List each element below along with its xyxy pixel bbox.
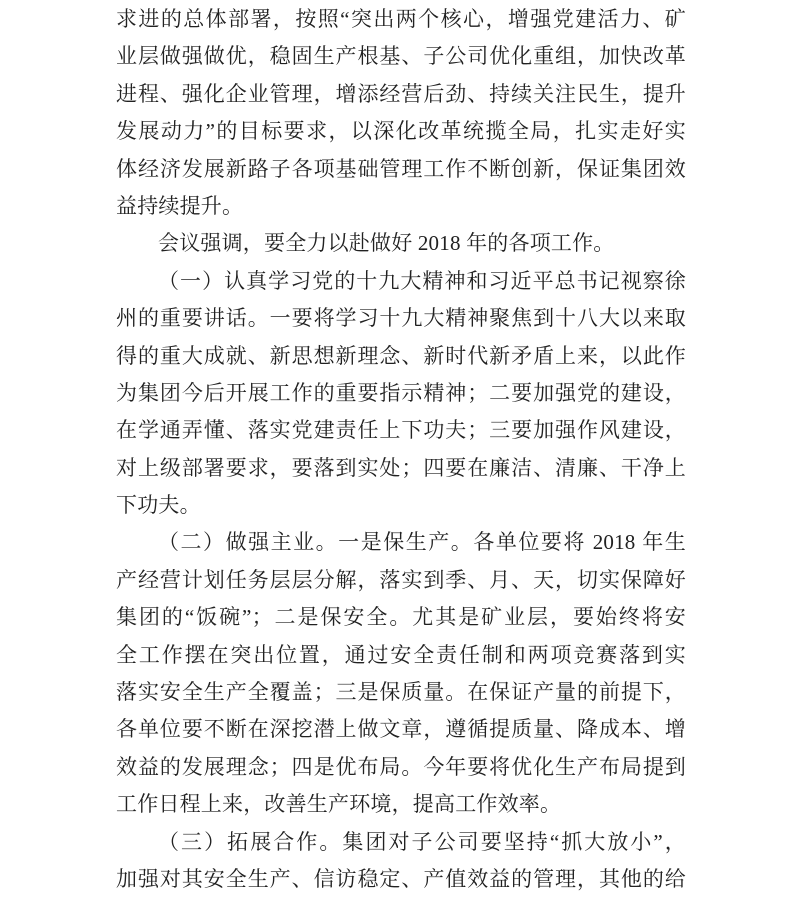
text-line: （二）做强主业。一是保生产。各单位要将 2018 年生 bbox=[116, 524, 686, 561]
text-line: 工作日程上来，改善生产环境，提高工作效率。 bbox=[116, 786, 686, 823]
page: 求进的总体部署，按照“突出两个核心，增强党建活力、矿业层做强做优，稳固生产根基、… bbox=[0, 0, 800, 906]
paragraph: 求进的总体部署，按照“突出两个核心，增强党建活力、矿业层做强做优，稳固生产根基、… bbox=[116, 1, 686, 225]
paragraph: （三）拓展合作。集团对子公司要坚持“抓大放小”，加强对其安全生产、信访稳定、产值… bbox=[116, 824, 686, 899]
text-line: 全工作摆在突出位置，通过安全责任制和两项竞赛落到实处， bbox=[116, 637, 686, 674]
text-line: 体经济发展新路子各项基础管理工作不断创新，保证集团效 bbox=[116, 151, 686, 188]
text-line: 在学通弄懂、落实党建责任上下功夫；三要加强作风建设， bbox=[116, 412, 686, 449]
text-line: 集团的“饭碗”；二是保安全。尤其是矿业层，要始终将安 bbox=[116, 599, 686, 636]
paragraph: （二）做强主业。一是保生产。各单位要将 2018 年生产经营计划任务层层分解，落… bbox=[116, 524, 686, 823]
paragraph: （一）认真学习党的十九大精神和习近平总书记视察徐州的重要讲话。一要将学习十九大精… bbox=[116, 263, 686, 525]
text-line: 州的重要讲话。一要将学习十九大精神聚焦到十八大以来取 bbox=[116, 300, 686, 337]
text-line: 发展动力”的目标要求，以深化改革统揽全局，扎实走好实 bbox=[116, 113, 686, 150]
text-line: 各单位要不断在深挖潜上做文章，遵循提质量、降成本、增 bbox=[116, 711, 686, 748]
text-line: 加强对其安全生产、信访稳定、产值效益的管理，其他的给 bbox=[116, 861, 686, 898]
document-page: { "page": { "background_color": "#ffffff… bbox=[0, 0, 800, 906]
text-line: 会议强调，要全力以赴做好 2018 年的各项工作。 bbox=[116, 225, 686, 262]
text-line: 业层做强做优，稳固生产根基、子公司优化重组，加快改革 bbox=[116, 38, 686, 75]
text-line: （一）认真学习党的十九大精神和习近平总书记视察徐 bbox=[116, 263, 686, 300]
text-line: （三）拓展合作。集团对子公司要坚持“抓大放小”， bbox=[116, 824, 686, 861]
text-line: 得的重大成就、新思想新理念、新时代新矛盾上来，以此作 bbox=[116, 338, 686, 375]
paragraph: 会议强调，要全力以赴做好 2018 年的各项工作。 bbox=[116, 225, 686, 262]
text-line: 为集团今后开展工作的重要指示精神；二要加强党的建设， bbox=[116, 375, 686, 412]
text-line: 下功夫。 bbox=[116, 487, 686, 524]
text-line: 益持续提升。 bbox=[116, 188, 686, 225]
text-line: 效益的发展理念；四是优布局。今年要将优化生产布局提到 bbox=[116, 749, 686, 786]
text-line: 对上级部署要求，要落到实处；四要在廉洁、清廉、干净上 bbox=[116, 450, 686, 487]
text-line: 落实安全生产全覆盖；三是保质量。在保证产量的前提下， bbox=[116, 674, 686, 711]
text-line: 求进的总体部署，按照“突出两个核心，增强党建活力、矿 bbox=[116, 1, 686, 38]
text-line: 产经营计划任务层层分解，落实到季、月、天，切实保障好 bbox=[116, 562, 686, 599]
text-block: 求进的总体部署，按照“突出两个核心，增强党建活力、矿业层做强做优，稳固生产根基、… bbox=[116, 1, 686, 898]
text-line: 进程、强化企业管理，增添经营后劲、持续关注民生，提升 bbox=[116, 76, 686, 113]
